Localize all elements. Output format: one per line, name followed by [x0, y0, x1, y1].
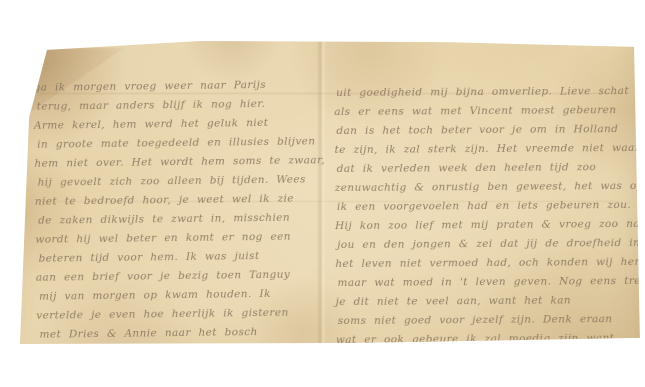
- handwriting-line: te zijn, ik zal sterk zijn. Het vreemde …: [334, 139, 634, 160]
- handwriting-line: jou en den jongen & zei dat jij de droef…: [337, 234, 637, 255]
- handwriting-line: mij van morgen op kwam houden. Ik: [39, 284, 327, 307]
- paper-sheet: ga ik morgen vroeg weer naar Parijs teru…: [0, 0, 645, 387]
- handwriting-line: soms niet goed voor jezelf zijn. Denk er…: [338, 310, 638, 331]
- handwriting-line: ik een voorgevoelen had en iets gebeuren…: [337, 196, 637, 217]
- handwriting-line: in groote mate toegedeeld en illusies bl…: [37, 132, 325, 155]
- handwriting-line: de zaken dikwijls te zwart in, misschien: [38, 208, 326, 231]
- handwriting-line: zenuwachtig & onrustig ben geweest, het …: [335, 177, 635, 198]
- handwriting-line: met Dries & Annie naar het bosch: [39, 322, 327, 345]
- left-page: ga ik morgen vroeg weer naar Parijs teru…: [33, 75, 324, 344]
- handwriting-line: je dit niet te veel aan, want het kan: [336, 291, 636, 312]
- handwriting-line: beteren tijd voor hem. Ik was juist: [38, 246, 326, 269]
- handwriting-line: dan is het toch beter voor je om in Holl…: [336, 120, 636, 141]
- handwriting-line: Hij kon zoo lief met mij praten & vroeg …: [335, 215, 635, 236]
- handwriting-line: maar wat moed in 't leven geven. Nog een…: [337, 272, 637, 293]
- right-page: uit goedigheid mij bijna omverliep. Liev…: [334, 82, 636, 350]
- handwriting-line: uit goedigheid mij bijna omverliep. Liev…: [336, 82, 636, 103]
- handwriting-line: als er eens wat met Vincent moest gebeur…: [334, 101, 634, 122]
- handwriting-line: dat ik verleden week den heelen tijd zoo: [337, 158, 637, 179]
- handwriting-line: wat er ook gebeure ik zal moedig zijn wa…: [336, 329, 636, 350]
- handwriting-line: het leven niet vermoed had, och konden w…: [335, 253, 635, 274]
- handwriting-line: hij gevoelt zich zoo alleen bij tijden. …: [38, 170, 326, 193]
- handwriting-line: terug, maar anders blijf ik nog hier.: [37, 94, 325, 117]
- letter-photo: ga ik morgen vroeg weer naar Parijs teru…: [0, 0, 645, 387]
